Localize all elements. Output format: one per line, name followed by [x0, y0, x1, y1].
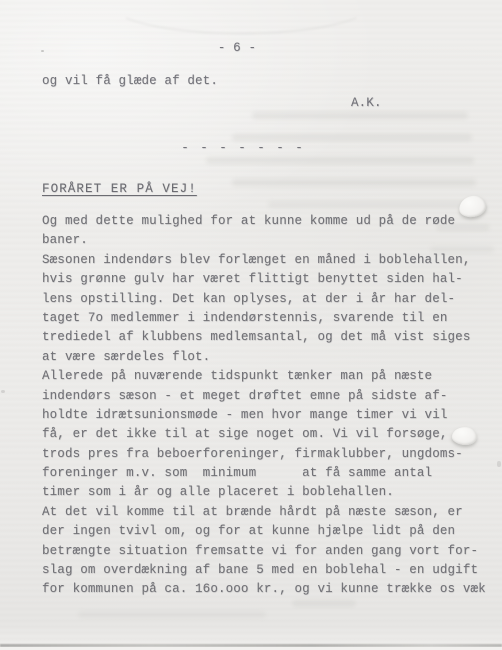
- body-line: timer som i år og alle placeret i bobleh…: [42, 483, 482, 502]
- body-line: At det vil komme til at brænde hårdt på …: [42, 503, 482, 522]
- body-line: at være særdeles flot.: [42, 348, 482, 367]
- bleed-through-mark: [252, 112, 468, 119]
- body-line: hvis grønne gulv har været flittigt beny…: [42, 270, 482, 289]
- article-heading: FORÅRET ER PÅ VEJ!: [42, 182, 197, 196]
- body-line: baner.: [42, 231, 482, 250]
- body-line: Og med dette mulighed for at kunne komme…: [42, 212, 482, 231]
- body-line: trediedel af klubbens medlemsantal, og d…: [42, 328, 482, 347]
- body-line: få, er det ikke til at sige noget om. Vi…: [42, 425, 482, 444]
- page-bottom-edge: [0, 644, 502, 647]
- ink-speck: [497, 461, 501, 467]
- bleed-through-mark: [232, 134, 472, 141]
- body-line: holdte idrætsunionsmøde - men hvor mange…: [42, 406, 482, 425]
- body-line: foreninger m.v. som minimum at få samme …: [42, 464, 482, 483]
- article-body: Og med dette mulighed for at kunne komme…: [42, 212, 482, 600]
- body-line: for kommunen på ca. 16o.ooo kr., og vi k…: [42, 580, 482, 599]
- body-line: der ingen tvivl om, og for at kunne hjæl…: [42, 522, 482, 541]
- bleed-through-mark: [268, 201, 474, 208]
- body-line: slag om overdækning af bane 5 med en bob…: [42, 561, 482, 580]
- body-line: trods pres fra beboerforeninger, firmakl…: [42, 445, 482, 464]
- signature-initials: A.K.: [351, 96, 382, 110]
- closing-line: og vil få glæde af det.: [42, 74, 218, 88]
- scanned-typewritten-page: - 6 - og vil få glæde af det. A.K. - - -…: [0, 0, 502, 650]
- body-line: betrængte situation fremsatte vi for and…: [42, 542, 482, 561]
- ink-speck: [1, 390, 5, 393]
- body-line: Allerede på nuværende tidspunkt tænker m…: [42, 367, 482, 386]
- bleed-through-mark: [292, 600, 356, 607]
- bleed-through-mark: [78, 611, 266, 618]
- bleed-through-mark: [206, 157, 474, 164]
- bleed-through-mark: [232, 179, 476, 186]
- body-line: taget 7o medlemmer i indendørstennis, sv…: [42, 309, 482, 328]
- body-line: lens opstilling. Det kan oplyses, at der…: [42, 290, 482, 309]
- paper-crease: [110, 0, 372, 34]
- page-number: - 6 -: [0, 41, 474, 55]
- dashed-separator: - - - - - - -: [0, 141, 486, 155]
- body-line: indendørs sæson - et meget drøftet emne …: [42, 387, 482, 406]
- body-line: Sæsonen indendørs blev forlænget en måne…: [42, 251, 482, 270]
